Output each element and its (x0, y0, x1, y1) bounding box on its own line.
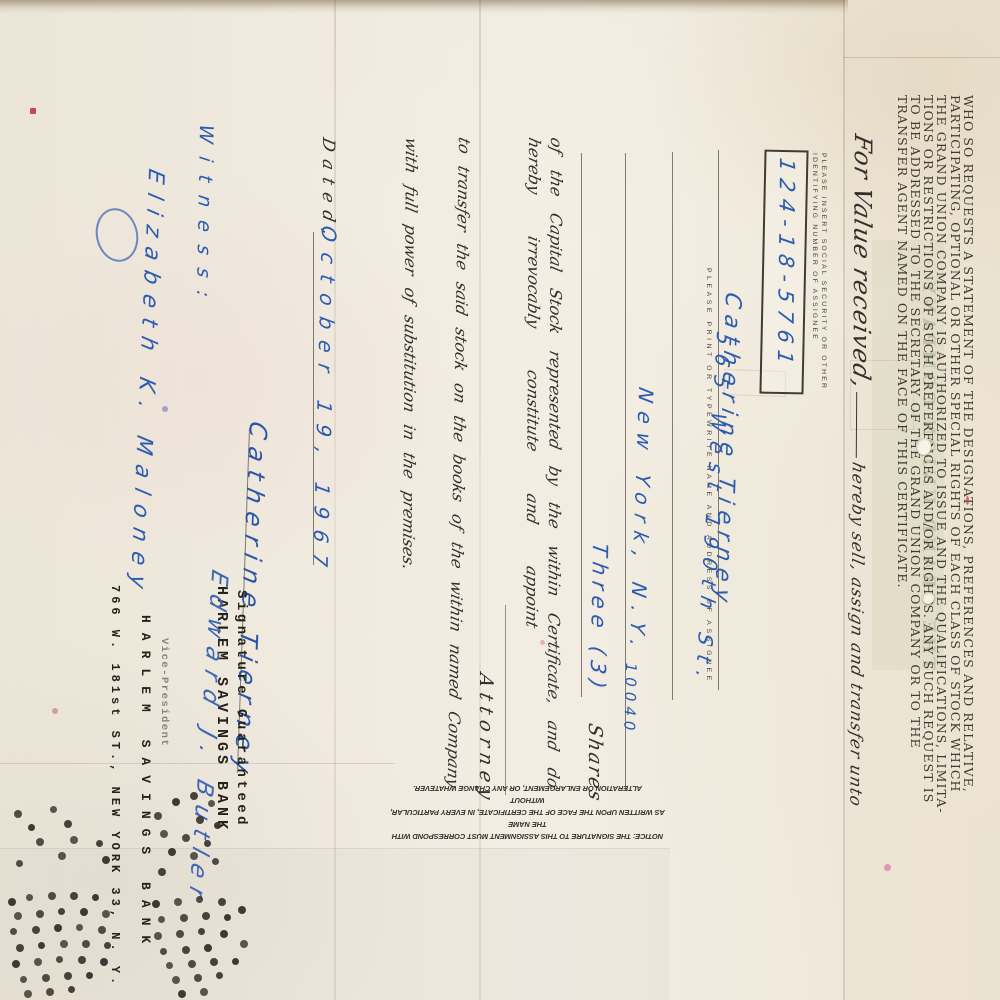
ssn-label-line2: IDENTIFYING NUMBER OF ASSIGNEE (810, 153, 819, 390)
punch-hole (180, 914, 188, 922)
speck-pink-1 (884, 864, 891, 871)
punch-hole (174, 898, 182, 906)
punch-hole (14, 912, 22, 920)
punch-hole (190, 792, 198, 800)
notice-line-2: AS WRITTEN UPON THE FACE OF THE CERTIFIC… (385, 794, 670, 818)
speck-pink-2 (540, 640, 545, 645)
paper-top-edge (0, 0, 848, 14)
punch-hole (182, 834, 190, 842)
speck-red-1 (966, 496, 969, 505)
punch-hole (70, 836, 78, 844)
paper-hole-1 (916, 438, 931, 455)
notice-block: NOTICE: THE SIGNATURE TO THIS ASSIGNMENT… (385, 782, 670, 842)
transfer-script: to transfer the said stock on the books … (444, 136, 474, 790)
punch-hole (36, 910, 44, 918)
restrictions-line: PARTICIPATING, OPTIONAL OR OTHER SPECIAL… (948, 95, 961, 887)
punch-hole (224, 914, 231, 921)
punch-hole (82, 940, 90, 948)
punch-hole (200, 988, 208, 996)
punch-hole (232, 958, 239, 965)
punch-hole (32, 926, 40, 934)
punch-hole (204, 840, 211, 847)
sell-assign-transfer-script: hereby sell, assign and transfer unto (846, 460, 867, 809)
punch-hole (50, 806, 57, 813)
punch-hole (98, 926, 106, 934)
name-rule-4 (581, 153, 582, 697)
punch-hole (220, 930, 228, 938)
punch-hole (54, 924, 62, 932)
scanned-certificate-back: THE GRAND UNION COMPANY WHO SO REQUESTS … (0, 0, 1000, 1000)
punch-hole (80, 908, 88, 916)
speck-purple-1 (52, 708, 58, 714)
punch-hole (190, 852, 198, 860)
restrictions-line: TIONS OR RESTRICTIONS OF SUCH PREFERENCE… (922, 95, 935, 887)
restrictions-line: THE GRAND UNION COMPANY IS AUTHORIZED TO… (935, 95, 948, 887)
punch-hole (240, 940, 248, 948)
punch-hole (92, 894, 99, 901)
punch-hole (196, 816, 204, 824)
ssn-label-line1: PLEASE INSERT SOCIAL SECURITY OR OTHER (819, 153, 828, 390)
punch-hole (56, 956, 63, 963)
punch-hole (42, 974, 50, 982)
punch-hole (58, 908, 65, 915)
punch-hole (14, 810, 22, 818)
punch-hole (38, 942, 45, 949)
punch-hole (102, 910, 110, 918)
punch-hole (204, 944, 212, 952)
punch-hole (158, 916, 165, 923)
punch-hole (216, 972, 223, 979)
punch-hole (104, 942, 111, 949)
punch-hole (70, 892, 78, 900)
punch-hole (208, 800, 215, 807)
stamp-signature-guaranteed: Signature Guaranteed (233, 590, 249, 828)
punch-hole (166, 962, 173, 969)
punch-hole (168, 848, 176, 856)
appoint-script: hereby irrevocably constitute and appoin… (522, 136, 544, 630)
punch-hole (196, 896, 203, 903)
punch-hole (202, 912, 210, 920)
punch-hole (158, 868, 166, 876)
assignee-address2-handwritten: New York, N.Y. (625, 385, 658, 658)
punch-hole (86, 972, 93, 979)
punch-hole (188, 960, 196, 968)
stamp-bank-name-2: HARLEM SAVINGS BANK (138, 615, 153, 953)
stamp-officer-title: Vice-President (158, 638, 170, 747)
punch-hole (16, 944, 24, 952)
punch-hole (20, 976, 27, 983)
punch-hole (76, 924, 83, 931)
shares-amount-handwritten: Three (3) (585, 541, 612, 696)
punch-hole (154, 932, 162, 940)
crease-h-top-right (843, 57, 1000, 58)
punch-hole (10, 928, 17, 935)
speck-blue-1 (162, 406, 168, 412)
witness-label-handwritten: Witness: (192, 123, 217, 311)
punch-hole (194, 974, 202, 982)
ssn-label: PLEASE INSERT SOCIAL SECURITY OR OTHER I… (810, 153, 828, 390)
punch-hole (102, 856, 110, 864)
punch-hole (58, 852, 66, 860)
capital-stock-script: of the Capital Stock represented by the … (544, 136, 566, 790)
punch-hole (160, 830, 168, 838)
punch-hole (182, 946, 190, 954)
punch-hole (154, 812, 162, 820)
punch-hole (24, 990, 32, 998)
punch-hole (16, 860, 23, 867)
punch-hole (36, 838, 44, 846)
punch-hole (12, 960, 20, 968)
restrictions-line: WHO SO REQUESTS A STATEMENT OF THE DESIG… (962, 95, 975, 887)
punch-hole (100, 958, 108, 966)
speck-red-cross (30, 108, 36, 114)
for-value-received-script: For Value received, (847, 132, 877, 392)
assignor-blank-line (856, 392, 857, 458)
fold-line-3 (843, 0, 845, 1000)
punch-hole (8, 898, 16, 906)
punch-hole (96, 840, 103, 847)
power-script: with full power of substitution in the p… (399, 136, 421, 572)
attorney-blank-rule (505, 605, 506, 795)
punch-hole (152, 900, 160, 908)
punch-hole (64, 820, 72, 828)
punch-hole (176, 930, 184, 938)
punch-hole (218, 898, 226, 906)
punch-hole (46, 988, 54, 996)
ssn-handwritten: 124-18-5761 (773, 156, 799, 372)
bottom-left-tone (0, 848, 670, 1000)
punch-hole (60, 940, 68, 948)
punch-hole (214, 822, 221, 829)
punch-hole (172, 798, 180, 806)
punch-hole (68, 986, 75, 993)
witness-flourish (91, 204, 143, 266)
punch-hole (64, 972, 72, 980)
punch-hole (212, 858, 219, 865)
notice-line-1: NOTICE: THE SIGNATURE TO THIS ASSIGNMENT… (385, 818, 670, 842)
restrictions-paragraph: WHO SO REQUESTS A STATEMENT OF THE DESIG… (895, 95, 975, 887)
punch-hole (198, 928, 205, 935)
punch-hole (172, 976, 180, 984)
punch-hole (210, 958, 218, 966)
punch-hole (78, 956, 86, 964)
notice-line-3: ALTERATION OR ENLARGEMENT, OR ANY CHANGE… (385, 782, 670, 794)
punch-hole (178, 990, 186, 998)
restrictions-line: TO BE ADDRESSED TO THE SECRETARY OF THE … (909, 95, 922, 887)
punch-hole (238, 906, 246, 914)
assignee-zip-handwritten: 10040 (620, 663, 640, 736)
paper-hole-2 (922, 592, 934, 604)
assignment-lead-line: For Value received,hereby sell, assign a… (844, 132, 877, 811)
punch-hole (28, 824, 35, 831)
punch-hole (48, 892, 56, 900)
name-rule-2 (672, 152, 673, 700)
punch-hole (34, 958, 42, 966)
punch-hole (26, 894, 33, 901)
restrictions-line: TRANSFER AGENT NAMED ON THE FACE OF THIS… (895, 95, 908, 887)
stamp-bank-address: 766 W. 181st ST., NEW YORK 33, N. Y. (108, 585, 122, 988)
punch-hole (160, 948, 167, 955)
